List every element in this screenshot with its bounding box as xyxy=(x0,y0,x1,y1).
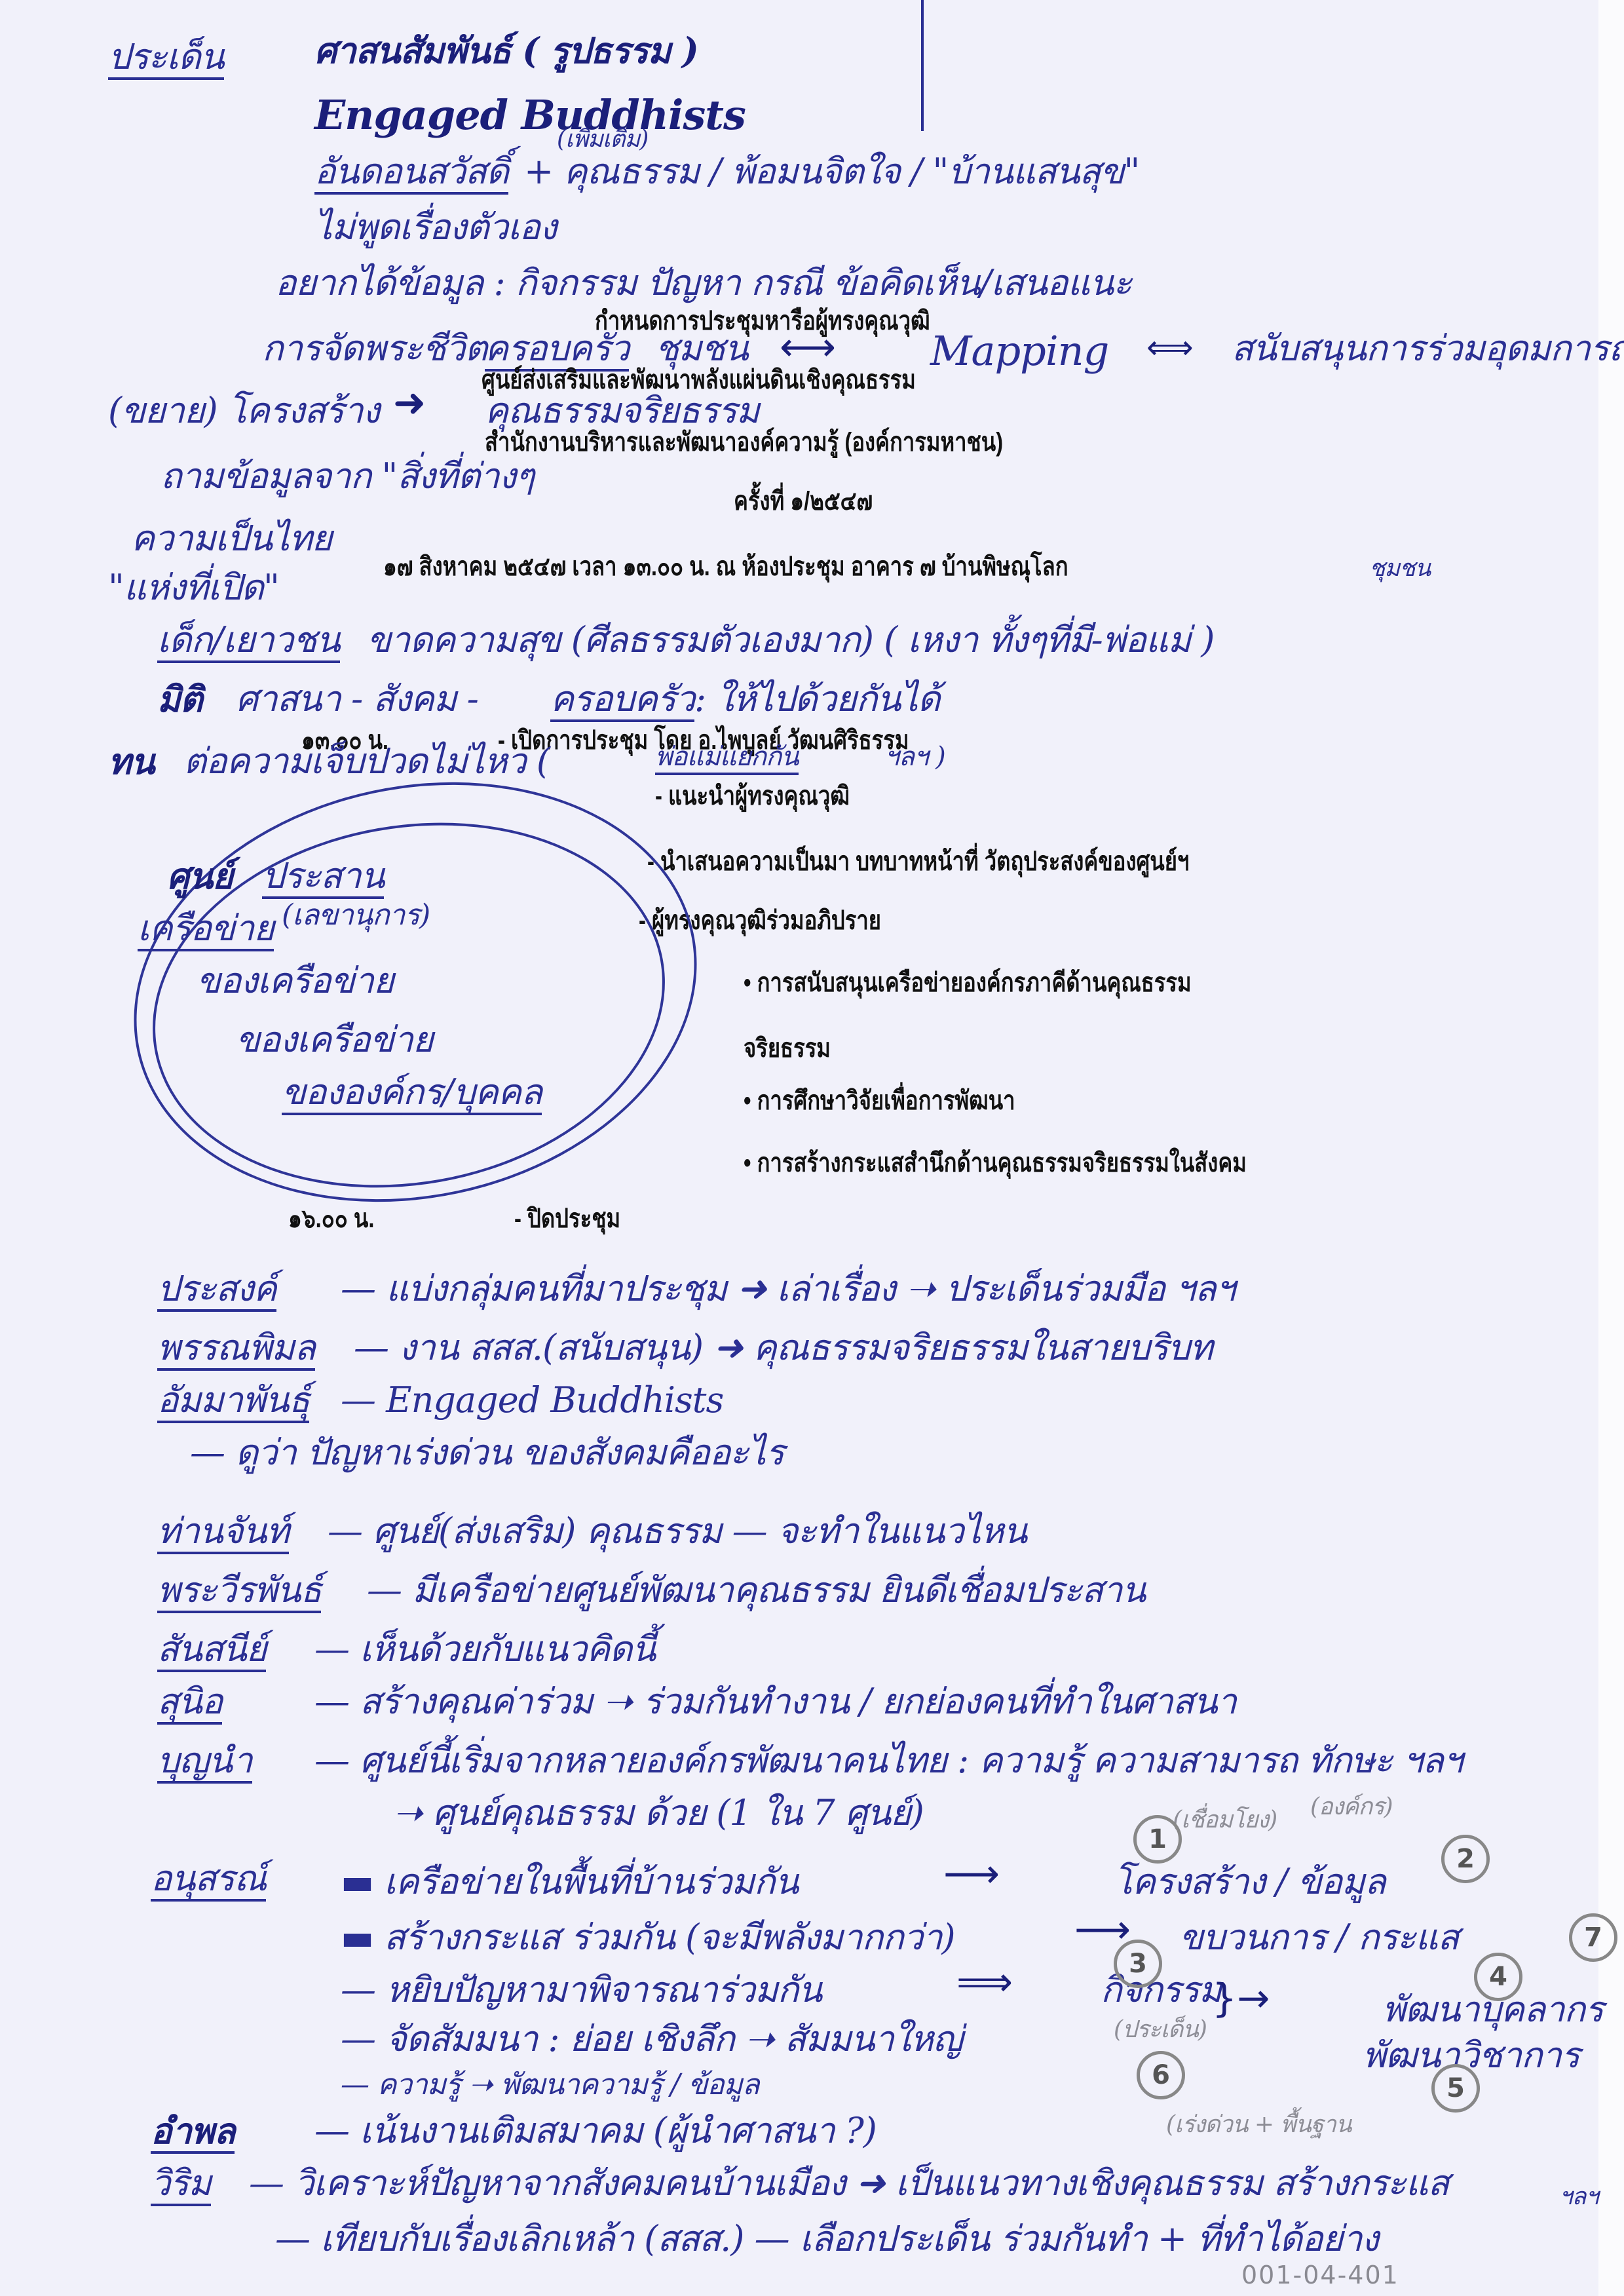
hw-line: : ให้ไปด้วยกันได้ xyxy=(694,681,940,717)
hw-line: มิติ xyxy=(157,681,202,717)
hw-note-text: — เน้นงานเติมสมาคม (ผู้นำศาสนา ?) xyxy=(314,2113,877,2149)
number-badge: 5 xyxy=(1431,2064,1480,2113)
hw-line: Engaged Buddhists xyxy=(314,95,746,136)
hw-line: "แห่งที่เปิด" xyxy=(108,570,279,605)
hw-label-issue: ประเด็น xyxy=(108,39,224,80)
agenda-item: - แนะนำผู้ทรงคุณวุฒิ xyxy=(655,783,850,809)
printed-session: ครั้งที่ ๑/๒๕๔๗ xyxy=(734,488,873,514)
arrow-right-icon: ⟹ xyxy=(956,1962,1013,2002)
hw-line: การจัดพระชีวิต xyxy=(262,331,487,366)
hw-line: Mapping xyxy=(930,331,1108,372)
hw-note: ชุมชน xyxy=(1369,557,1430,581)
discussion-bullet: จริยธรรม xyxy=(744,1035,831,1062)
hw-note-text: — แบ่งกลุ่มคนที่มาประชุม ➜ เล่าเรื่อง ➝ … xyxy=(341,1271,1235,1307)
hw-speaker-label: สันสนีย์ xyxy=(157,1632,266,1672)
hw-note-text: — สร้างคุณค่าร่วม ➝ ร่วมกันทำงาน / ยกย่อ… xyxy=(314,1684,1236,1719)
hw-line: อยากได้ข้อมูล : กิจกรรม ปัญหา กรณี ข้อคิ… xyxy=(275,265,1131,301)
brace-target: พัฒนาบุคลากร xyxy=(1382,1992,1603,2027)
hw-line: ความเป็นไทย xyxy=(131,521,331,556)
outcome-left: — จัดสัมมนา : ย่อย เชิงลึก ➝ สัมมนาใหญ่ xyxy=(341,2021,962,2057)
hw-line: สนับสนุนการร่วมอุดมการณ์ xyxy=(1232,331,1624,366)
hw-note-text: — ศูนย์นี้เริ่มจากหลายองค์กรพัฒนาคนไทย :… xyxy=(314,1743,1462,1778)
hw-circle-text: เครือข่าย xyxy=(138,911,274,951)
outcome-left: ▬ สร้างกระแส ร่วมกัน (จะมีพลังมากกว่า) xyxy=(341,1920,955,1955)
hw-label: วิริม xyxy=(151,2166,211,2206)
hw-speaker-label: ท่านจันท์ xyxy=(157,1514,289,1554)
number-badge: 3 xyxy=(1114,1940,1162,1988)
brace-arrow-icon: }→ xyxy=(1212,1979,1270,2018)
pencil-note: (เร่งด่วน + พื้นฐาน xyxy=(1166,2113,1351,2137)
hw-line: ศาสนสัมพันธ์ ( รูปธรรม ) xyxy=(314,33,698,68)
hw-speaker-label: บุญนำ xyxy=(157,1743,252,1784)
hw-line: ศาสนา - สังคม - xyxy=(236,681,478,717)
hw-circle-text: ของเครือข่าย xyxy=(197,963,394,999)
hw-note-text: — Engaged Buddhists xyxy=(341,1383,723,1418)
outcome-right: (ประเด็น) xyxy=(1114,2018,1207,2042)
discussion-bullet: • การสร้างกระแสสำนึกด้านคุณธรรมจริยธรรมใ… xyxy=(744,1150,1247,1176)
hw-note-text: — ดูว่า ปัญหาเร่งด่วน ของสังคมคืออะไร xyxy=(190,1435,784,1470)
outcome-right: โครงสร้าง / ข้อมูล xyxy=(1114,1864,1386,1900)
hw-note-text: — วิเคราะห์ปัญหาจากสังคมคนบ้านเมือง ➜ เป… xyxy=(249,2166,1448,2201)
printed-title-2: ศูนย์ส่งเสริมและพัฒนาพลังแผ่นดินเชิงคุณธ… xyxy=(482,367,916,393)
hw-line: ต่อความเจ็บปวดไม่ไหว ( xyxy=(183,744,550,779)
document-stamp: 001-04-401 xyxy=(1241,2261,1399,2289)
hw-speaker-label: พรรณพิมล xyxy=(157,1330,315,1371)
hw-circle-text: ประสาน xyxy=(262,858,384,899)
hw-note: (เพิ่มเติม) xyxy=(557,128,648,151)
printed-date-venue: ๑๗ สิงหาคม ๒๕๔๗ เวลา ๑๓.๐๐ น. ณ ห้องประช… xyxy=(383,554,1068,580)
closing-item: - ปิดประชุม xyxy=(514,1206,620,1232)
hw-note-text: — เทียบกับเรื่องเลิกเหล้า (สสส.) — เลือก… xyxy=(275,2221,1378,2257)
printed-title-1: กำหนดการประชุมหารือผู้ทรงคุณวุฒิ xyxy=(595,308,930,334)
hw-line: ทน xyxy=(108,744,155,779)
hw-line: พ่อแม่แยกกัน xyxy=(655,744,799,775)
agenda-item: - นำเสนอความเป็นมา บทบาทหน้าที่ วัตถุประ… xyxy=(647,849,1189,875)
hw-note-text: — เห็นด้วยกับแนวคิดนี้ xyxy=(314,1632,655,1667)
hw-line: ขาดความสุข (ศีลธรรมตัวเองมาก) ( เหงา ทั้… xyxy=(367,622,1214,658)
number-badge: 6 xyxy=(1137,2051,1185,2099)
number-badge: 1 xyxy=(1133,1815,1182,1864)
double-arrow-icon: ⟷ xyxy=(780,328,836,367)
hw-label-outcomes: อนุสรณ์ xyxy=(151,1861,266,1902)
hw-line: ครอบครัว xyxy=(550,681,694,722)
hw-line: ไม่พูดเรื่องตัวเอง xyxy=(314,210,556,245)
hw-line: ฯลฯ ) xyxy=(884,744,945,770)
hw-circle-text: (เลขานุการ) xyxy=(282,901,430,930)
hw-line: อันดอนสวัสดิ์ xyxy=(314,154,508,195)
outcome-right: ขบวนการ / กระแส xyxy=(1179,1920,1458,1955)
hw-note-text: ➝ ศูนย์คุณธรรม ด้วย (1 ใน 7 ศูนย์) xyxy=(393,1795,924,1831)
hw-speaker-label: พระวีรพันธ์ xyxy=(157,1573,321,1613)
hw-line: คุณธรรมจริยธรรม xyxy=(485,393,759,429)
hw-note-text: — งาน สสส.(สนับสนุน) ➜ คุณธรรมจริยธรรมใน… xyxy=(354,1330,1213,1366)
hw-speaker-label: ประสงค์ xyxy=(157,1271,276,1312)
hw-line: + คุณธรรม / พ้อมนจิตใจ / "บ้านแสนสุข" xyxy=(524,154,1139,189)
arrow-right-icon: ⟶ xyxy=(1074,1910,1131,1949)
outcome-left: ▬ เครือข่ายในพื้นที่บ้านร่วมกัน xyxy=(341,1864,799,1900)
hw-speaker-label: สุนิอ xyxy=(157,1684,222,1725)
arrow-right-icon: ➜ xyxy=(393,383,426,423)
hw-line: ชุมชน xyxy=(655,331,748,366)
discussion-bullet: • การศึกษาวิจัยเพื่อการพัฒนา xyxy=(744,1088,1015,1114)
outcome-left: — หยิบปัญหามาพิจารณาร่วมกัน xyxy=(341,1972,821,2008)
hw-line: (ขยาย) โครงสร้าง xyxy=(108,393,379,429)
pen-stroke xyxy=(921,0,924,131)
hw-note-text: — ศูนย์(ส่งเสริม) คุณธรรม — จะทำในแนวไหน xyxy=(328,1514,1027,1549)
number-badge: 7 xyxy=(1569,1913,1617,1962)
hw-label: อำพล xyxy=(151,2113,235,2154)
hw-circle-text: ของเครือข่าย xyxy=(236,1022,433,1058)
pencil-note: (องค์กร) xyxy=(1310,1795,1393,1819)
hw-circle-text: ศูนย์ xyxy=(167,858,233,894)
hw-line: เด็ก/เยาวชน xyxy=(157,622,340,663)
arrow-right-icon: ⟶ xyxy=(943,1854,1000,1894)
double-arrow-icon: ⟺ xyxy=(1146,331,1194,364)
discussion-bullet: • การสนับสนุนเครือข่ายองค์กรภาคีด้านคุณธ… xyxy=(744,970,1192,996)
closing-time: ๑๖.๐๐ น. xyxy=(288,1206,374,1232)
hw-speaker-label: อัมมาพันธุ์ xyxy=(157,1383,309,1423)
pencil-note: (เชื่อมโยง) xyxy=(1173,1808,1277,1832)
brace-target: พัฒนาวิชาการ xyxy=(1363,2038,1579,2073)
outcome-left: — ความรู้ ➝ พัฒนาความรู้ / ข้อมูล xyxy=(341,2071,759,2099)
hw-circle-text: ขององค์กร/บุคคล xyxy=(282,1075,542,1115)
number-badge: 2 xyxy=(1441,1835,1490,1883)
hw-note-text: — มีเครือข่ายศูนย์พัฒนาคุณธรรม ยินดีเชื่… xyxy=(367,1573,1145,1608)
printed-title-3: สำนักงานบริหารและพัฒนาองค์ความรู้ (องค์ก… xyxy=(485,429,1003,455)
hw-note: ฯลฯ xyxy=(1559,2185,1598,2209)
hw-line: ถามข้อมูลจาก "สิ่งที่ต่างๆ xyxy=(161,459,534,494)
